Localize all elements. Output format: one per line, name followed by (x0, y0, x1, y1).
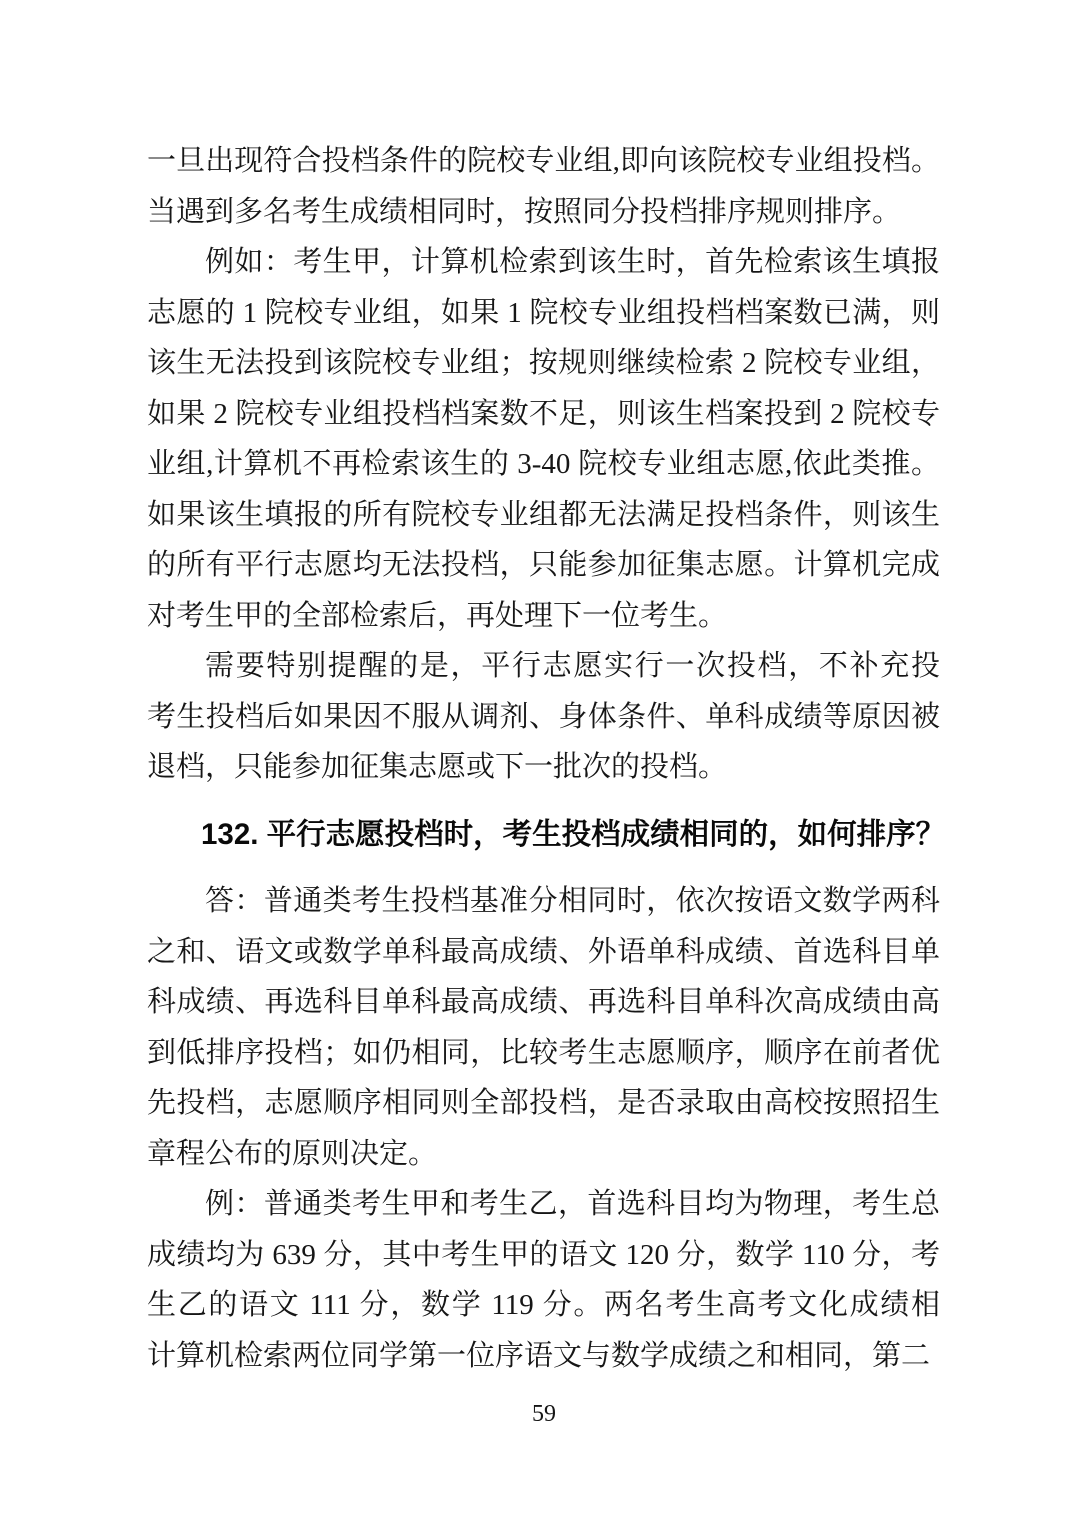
paragraph: 答：普通类考生投档基准分相同时，依次按语文数学两科 之和、语文或数学单科最高成绩… (147, 876, 940, 1179)
text-line: 答：普通类考生投档基准分相同时，依次按语文数学两科 (147, 876, 940, 927)
page-number: 59 (0, 1398, 1080, 1430)
text-line: 的所有平行志愿均无法投档，只能参加征集志愿。计算机完成 (147, 540, 940, 591)
text-line: 例如：考生甲，计算机检索到该生时，首先检索该生填报 (147, 237, 940, 288)
paragraph: 例：普通类考生甲和考生乙，首选科目均为物理，考生总 成绩均为 639 分，其中考… (147, 1179, 940, 1381)
paragraph: 需要特别提醒的是，平行志愿实行一次投档，不补充投档。 考生投档后如果因不服从调剂… (147, 641, 940, 793)
text-line: 成绩均为 639 分，其中考生甲的语文 120 分，数学 110 分，考 (147, 1230, 940, 1281)
text-block: 一旦出现符合投档条件的院校专业组,即向该院校专业组投档。 当遇到多名考生成绩相同… (147, 136, 940, 1381)
text-line: 该生无法投到该院校专业组；按规则继续检索 2 院校专业组， (147, 338, 940, 389)
text-line: 需要特别提醒的是，平行志愿实行一次投档，不补充投档。 (147, 641, 940, 692)
text-line: 计算机检索两位同学第一位序语文与数学成绩之和相同，第二 (147, 1331, 940, 1382)
text-line: 之和、语文或数学单科最高成绩、外语单科成绩、首选科目单 (147, 927, 940, 978)
text-line: 退档，只能参加征集志愿或下一批次的投档。 (147, 742, 940, 793)
text-line: 志愿的 1 院校专业组，如果 1 院校专业组投档档案数已满，则 (147, 288, 940, 339)
question-heading: 132. 平行志愿投档时，考生投档成绩相同的，如何排序？ (147, 810, 940, 861)
text-line: 例：普通类考生甲和考生乙，首选科目均为物理，考生总 (147, 1179, 940, 1230)
text-line: 当遇到多名考生成绩相同时，按照同分投档排序规则排序。 (147, 187, 940, 238)
text-line: 一旦出现符合投档条件的院校专业组,即向该院校专业组投档。 (147, 136, 940, 187)
text-line: 如果该生填报的所有院校专业组都无法满足投档条件，则该生 (147, 490, 940, 541)
text-line: 先投档，志愿顺序相同则全部投档，是否录取由高校按照招生 (147, 1078, 940, 1129)
text-line: 科成绩、再选科目单科最高成绩、再选科目单科次高成绩由高 (147, 977, 940, 1028)
text-line: 如果 2 院校专业组投档档案数不足，则该生档案投到 2 院校专 (147, 389, 940, 440)
paragraph: 一旦出现符合投档条件的院校专业组,即向该院校专业组投档。 当遇到多名考生成绩相同… (147, 136, 940, 237)
document-page: 一旦出现符合投档条件的院校专业组,即向该院校专业组投档。 当遇到多名考生成绩相同… (0, 0, 1080, 1527)
text-line: 章程公布的原则决定。 (147, 1129, 940, 1180)
text-line: 对考生甲的全部检索后，再处理下一位考生。 (147, 591, 940, 642)
text-line: 到低排序投档；如仍相同，比较考生志愿顺序，顺序在前者优 (147, 1028, 940, 1079)
paragraph: 例如：考生甲，计算机检索到该生时，首先检索该生填报 志愿的 1 院校专业组，如果… (147, 237, 940, 641)
text-line: 考生投档后如果因不服从调剂、身体条件、单科成绩等原因被 (147, 692, 940, 743)
text-line: 业组,计算机不再检索该生的 3-40 院校专业组志愿,依此类推。 (147, 439, 940, 490)
text-line: 生乙的语文 111 分，数学 119 分。两名考生高考文化成绩相同， (147, 1280, 940, 1331)
